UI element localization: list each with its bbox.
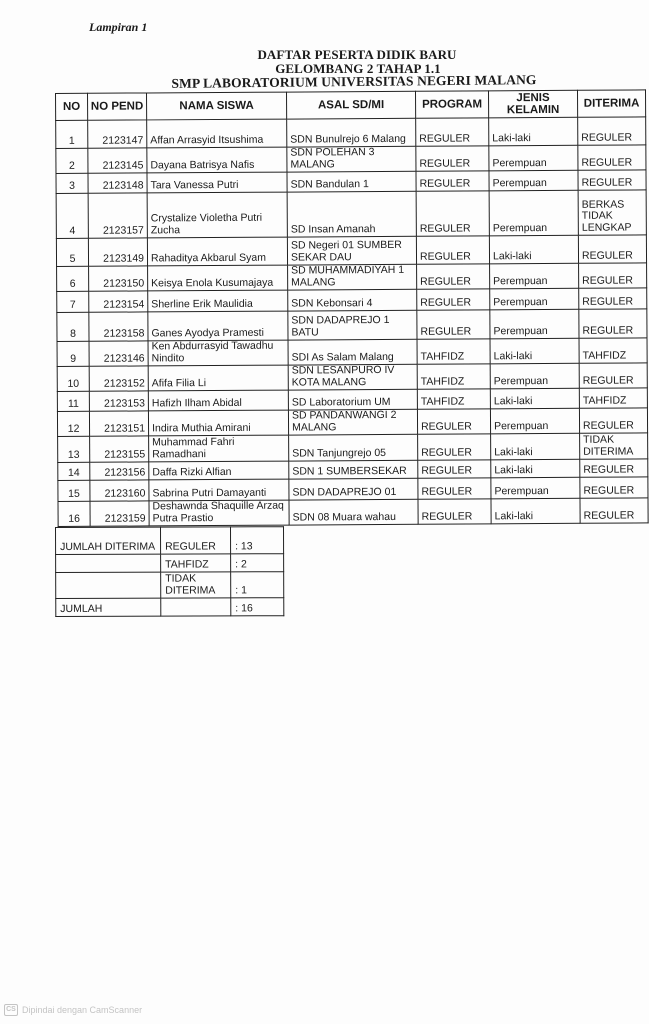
- row-no-pend: 2123150: [89, 266, 148, 291]
- row-nama-siswa: Afifa Filia Li: [148, 365, 288, 391]
- row-jenis-kelamin: Laki-laki: [490, 388, 579, 409]
- row-asal-sd: SDN DADAPREJO 1 BATU: [288, 310, 417, 340]
- table-row: 52123149Rahaditya Akbarul SyamSD Negeri …: [56, 235, 646, 267]
- row-no: 9: [57, 341, 89, 366]
- row-diterima: REGULER: [578, 170, 646, 190]
- header-jenis-kelamin: JENIS KELAMIN: [488, 90, 577, 118]
- row-program: TAHFIDZ: [417, 339, 490, 364]
- row-jenis-kelamin: Perempuan: [489, 170, 578, 191]
- row-no: 7: [57, 291, 89, 312]
- summary-row: JUMLAH DITERIMAREGULER: 13: [56, 527, 284, 555]
- summary-label: [56, 554, 161, 572]
- row-no: 16: [58, 501, 90, 526]
- row-asal-sd: SDN Bandulan 1: [287, 171, 416, 192]
- row-jenis-kelamin: Perempuan: [490, 288, 579, 310]
- row-asal-sd: SDN Tanjungrejo 05: [289, 434, 418, 461]
- row-program: TAHFIDZ: [417, 389, 490, 409]
- summary-category: TIDAK DITERIMA: [161, 572, 231, 598]
- row-diterima: TIDAK DITERIMA: [580, 433, 648, 459]
- row-asal-sd: SDN 08 Muara wahau: [289, 499, 418, 525]
- table-row: 82123158Ganes Ayodya PramestiSDN DADAPRE…: [57, 309, 647, 342]
- table-row: 22123145Dayana Batrisya NafisSDN POLEHAN…: [56, 145, 646, 174]
- row-nama-siswa: Ken Abdurrasyid Tawadhu Nindito: [148, 340, 288, 366]
- student-table: NO NO PEND NAMA SISWA ASAL SD/MI PROGRAM…: [55, 89, 649, 527]
- summary-category: TAHFIDZ: [161, 554, 231, 572]
- row-no-pend: 2123160: [90, 480, 149, 501]
- row-diterima: REGULER: [578, 145, 646, 170]
- row-diterima: REGULER: [579, 408, 647, 433]
- row-no-pend: 2123153: [89, 391, 148, 411]
- header-no: NO: [56, 93, 88, 120]
- row-jenis-kelamin: Perempuan: [490, 309, 579, 339]
- table-row: 42123157Crystalize Violetha Putri ZuchaS…: [56, 190, 646, 239]
- row-no-pend: 2123147: [88, 120, 147, 148]
- row-asal-sd: SD MUHAMMADIYAH 1 MALANG: [288, 264, 417, 290]
- header-diterima: DITERIMA: [577, 90, 645, 117]
- header-program: PROGRAM: [415, 91, 488, 118]
- table-row: 162123159Deshawnda Shaquille Arzaq Putra…: [58, 498, 648, 527]
- row-no: 12: [57, 411, 89, 436]
- camscanner-icon: CS: [4, 1004, 18, 1016]
- row-nama-siswa: Deshawnda Shaquille Arzaq Putra Prastio: [149, 500, 289, 526]
- row-diterima: REGULER: [579, 263, 647, 288]
- row-diterima: TAHFIDZ: [579, 388, 647, 408]
- row-jenis-kelamin: Laki-laki: [491, 498, 580, 524]
- table-row: 102123152Afifa Filia LiSDN LESANPURO IV …: [57, 363, 647, 392]
- row-no-pend: 2123148: [88, 173, 147, 193]
- row-no: 3: [56, 173, 88, 193]
- row-no: 5: [56, 238, 88, 266]
- row-no: 1: [56, 120, 88, 148]
- row-asal-sd: SDN Kebonsari 4: [288, 289, 417, 311]
- row-diterima: REGULER: [580, 459, 648, 477]
- row-program: REGULER: [416, 146, 489, 171]
- row-program: REGULER: [418, 478, 491, 499]
- row-nama-siswa: Daffa Rizki Alfian: [149, 461, 289, 480]
- header-asal-sd: ASAL SD/MI: [286, 91, 415, 119]
- row-asal-sd: SD PANDANWANGI 2 MALANG: [288, 409, 417, 435]
- row-program: REGULER: [418, 434, 491, 460]
- row-program: REGULER: [417, 310, 490, 339]
- row-asal-sd: SDN Bunulrejo 6 Malang: [287, 118, 416, 147]
- row-no: 14: [58, 462, 90, 480]
- row-asal-sd: SDN 1 SUMBERSEKAR: [289, 460, 418, 479]
- row-asal-sd: SD Negeri 01 SUMBER SEKAR DAU: [287, 236, 416, 265]
- row-jenis-kelamin: Laki-laki: [491, 433, 580, 460]
- table-row: 122123151Indira Muthia AmiraniSD PANDANW…: [57, 408, 647, 437]
- row-no: 6: [57, 266, 89, 291]
- row-program: REGULER: [416, 118, 489, 146]
- row-jenis-kelamin: Perempuan: [489, 190, 578, 236]
- row-program: REGULER: [417, 409, 490, 434]
- row-nama-siswa: Keisya Enola Kusumajaya: [148, 265, 288, 291]
- summary-label: [56, 572, 161, 598]
- row-asal-sd: SDI As Salam Malang: [288, 339, 417, 365]
- header-no-pend: NO PEND: [88, 93, 147, 120]
- row-jenis-kelamin: Laki-laki: [489, 117, 578, 146]
- summary-value: : 1: [231, 572, 284, 598]
- row-no-pend: 2123152: [89, 366, 148, 391]
- summary-value: : 16: [231, 598, 284, 616]
- row-no: 2: [56, 148, 88, 173]
- row-nama-siswa: Dayana Batrisya Nafis: [147, 147, 287, 173]
- summary-category: REGULER: [161, 527, 231, 554]
- row-no: 10: [57, 366, 89, 391]
- row-no-pend: 2123159: [90, 501, 149, 526]
- row-diterima: REGULER: [579, 309, 647, 338]
- row-program: REGULER: [416, 171, 489, 191]
- table-header-row: NO NO PEND NAMA SISWA ASAL SD/MI PROGRAM…: [56, 90, 646, 121]
- row-no-pend: 2123149: [88, 238, 147, 266]
- summary-label: JUMLAH: [56, 598, 161, 616]
- row-nama-siswa: Muhammad Fahri Ramadhani: [149, 435, 289, 462]
- row-no-pend: 2123146: [89, 341, 148, 366]
- row-no: 11: [57, 391, 89, 411]
- row-nama-siswa: Hafizh Ilham Abidal: [148, 390, 288, 411]
- row-nama-siswa: Tara Vanessa Putri: [147, 172, 287, 193]
- summary-value: : 13: [231, 527, 284, 554]
- row-jenis-kelamin: Perempuan: [489, 145, 578, 171]
- row-no-pend: 2123145: [88, 148, 147, 173]
- summary-row: TIDAK DITERIMA: 1: [56, 572, 284, 599]
- table-row: 62123150Keisya Enola KusumajayaSD MUHAMM…: [57, 263, 647, 292]
- row-program: TAHFIDZ: [417, 364, 490, 389]
- summary-category: [161, 598, 231, 616]
- row-program: REGULER: [418, 499, 491, 524]
- row-no: 4: [56, 193, 88, 238]
- row-nama-siswa: Affan Arrasyid Itsushima: [147, 119, 287, 148]
- row-nama-siswa: Ganes Ayodya Pramesti: [148, 311, 288, 341]
- row-diterima: REGULER: [580, 498, 648, 523]
- watermark-text: Dipindai dengan CamScanner: [22, 1005, 142, 1015]
- row-no-pend: 2123156: [90, 462, 149, 480]
- table-row: 92123146Ken Abdurrasyid Tawadhu NinditoS…: [57, 338, 647, 367]
- row-nama-siswa: Sherline Erik Maulidia: [148, 290, 288, 312]
- row-program: REGULER: [416, 236, 489, 264]
- row-asal-sd: SDN DADAPREJO 01: [289, 478, 418, 500]
- row-diterima: REGULER: [579, 288, 647, 309]
- row-jenis-kelamin: Laki-laki: [490, 338, 579, 364]
- row-no-pend: 2123157: [88, 193, 147, 238]
- row-asal-sd: SDN LESANPURO IV KOTA MALANG: [288, 364, 417, 390]
- row-asal-sd: SD Laboratorium UM: [288, 389, 417, 410]
- row-program: REGULER: [417, 264, 490, 289]
- row-no-pend: 2123158: [89, 312, 148, 341]
- row-no-pend: 2123154: [89, 291, 148, 312]
- row-jenis-kelamin: Perempuan: [490, 263, 579, 289]
- row-diterima: REGULER: [580, 477, 648, 498]
- row-no: 13: [58, 436, 90, 462]
- scanner-watermark: CS Dipindai dengan CamScanner: [4, 1004, 142, 1016]
- row-asal-sd: SDN POLEHAN 3 MALANG: [287, 146, 416, 172]
- row-nama-siswa: Crystalize Violetha Putri Zucha: [147, 192, 287, 238]
- row-diterima: REGULER: [578, 235, 646, 263]
- summary-value: : 2: [231, 554, 284, 572]
- row-jenis-kelamin: Perempuan: [490, 363, 579, 389]
- document-title-line-1: DAFTAR PESERTA DIDIK BARU: [0, 48, 649, 61]
- row-diterima: REGULER: [579, 363, 647, 388]
- attachment-label: Lampiran 1: [89, 20, 147, 35]
- table-row: 132123155Muhammad Fahri RamadhaniSDN Tan…: [58, 433, 648, 463]
- row-jenis-kelamin: Perempuan: [490, 408, 579, 434]
- summary-table: JUMLAH DITERIMAREGULER: 13TAHFIDZ: 2TIDA…: [55, 526, 284, 617]
- row-nama-siswa: Indira Muthia Amirani: [148, 410, 288, 436]
- header-nama-siswa: NAMA SISWA: [147, 92, 287, 120]
- row-program: REGULER: [416, 191, 489, 236]
- row-diterima: REGULER: [578, 117, 646, 145]
- row-no-pend: 2123155: [90, 436, 149, 462]
- row-program: REGULER: [417, 289, 490, 310]
- row-nama-siswa: Sabrina Putri Damayanti: [149, 479, 289, 501]
- row-jenis-kelamin: Perempuan: [491, 477, 580, 499]
- summary-row: TAHFIDZ: 2: [56, 554, 284, 573]
- summary-row: JUMLAH: 16: [56, 598, 284, 617]
- row-diterima: TAHFIDZ: [579, 338, 647, 363]
- row-diterima: BERKAS TIDAK LENGKAP: [578, 190, 646, 235]
- row-no: 8: [57, 312, 89, 341]
- row-asal-sd: SD Insan Amanah: [287, 191, 416, 237]
- row-no: 15: [58, 480, 90, 501]
- summary-label: JUMLAH DITERIMA: [56, 527, 161, 554]
- row-jenis-kelamin: Laki-laki: [491, 459, 580, 478]
- row-jenis-kelamin: Laki-laki: [489, 235, 578, 264]
- table-row: 12123147Affan Arrasyid ItsushimaSDN Bunu…: [56, 117, 646, 149]
- row-program: REGULER: [418, 460, 491, 478]
- row-nama-siswa: Rahaditya Akbarul Syam: [147, 237, 287, 266]
- row-no-pend: 2123151: [89, 411, 148, 436]
